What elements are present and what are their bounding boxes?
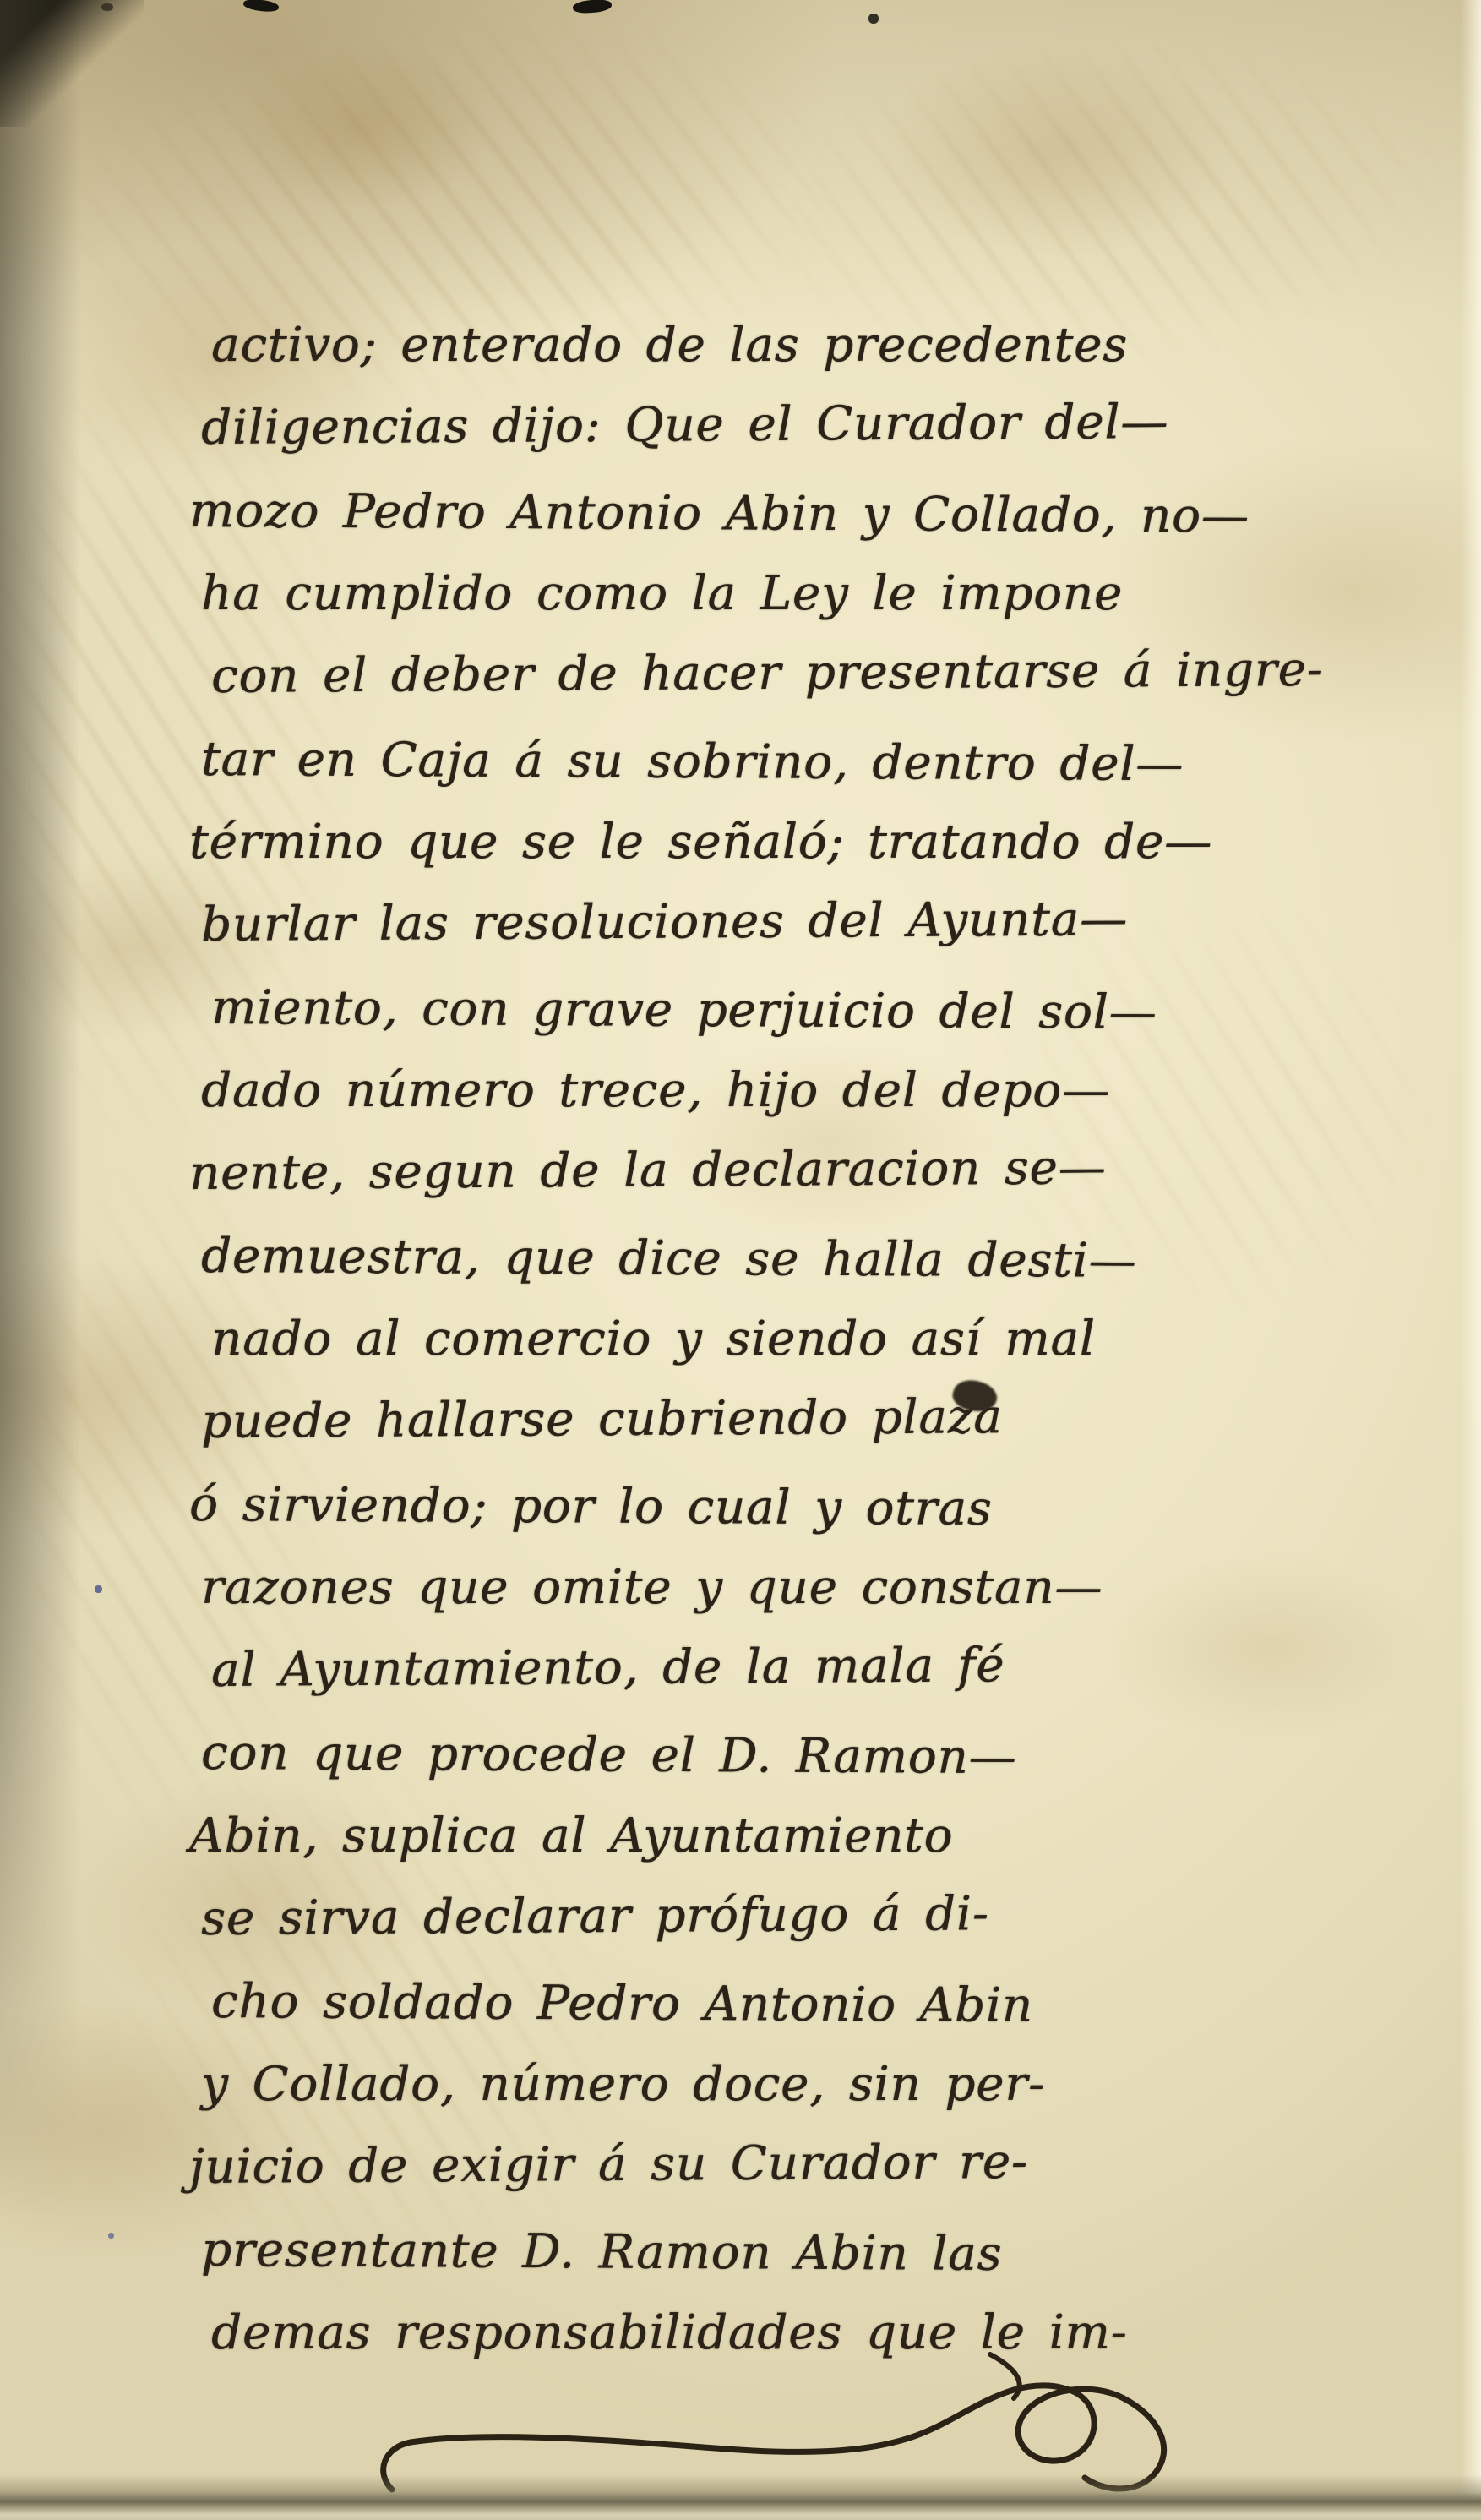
manuscript-text: activo; enterado de las precedentes dili… [201,304,1467,2375]
manuscript-line: diligencias dijo: Que el Curador del— [201,379,1468,470]
manuscript-line: ha cumplido como la Ley le impone [201,553,1467,635]
manuscript-page: activo; enterado de las precedentes dili… [0,0,1481,2520]
manuscript-line: dado número trece, hijo del depo— [201,1050,1467,1132]
ink-speck [95,1585,102,1593]
manuscript-line: nado al comercio y siendo así mal [211,1298,1467,1381]
manuscript-line: con el deber de hacer presentarse á ingr… [211,628,1468,718]
manuscript-line: cho soldado Pedro Antonio Abin [211,1961,1467,2050]
manuscript-line: Abin, suplica al Ayuntamiento [189,1795,1467,1878]
manuscript-line: burlar las resoluciones del Ayunta— [201,876,1468,967]
manuscript-line: activo; enterado de las precedentes [211,304,1467,387]
manuscript-line: término que se le señaló; tratando de— [189,801,1467,884]
page-left-shadow [0,0,80,2520]
manuscript-line: con que procede el D. Ramon— [201,1712,1467,1802]
manuscript-line: tar en Caja á su sobrino, dentro del— [201,718,1467,808]
manuscript-line: miento, con grave perjuicio del sol— [211,967,1467,1056]
manuscript-line: presentante D. Ramon Abin las [201,2209,1467,2299]
manuscript-line: nente, segun de la declaracion se— [189,1125,1468,1215]
page-bottom-edge [0,2474,1481,2520]
manuscript-line: ó sirviendo; por lo cual y otras [189,1464,1467,1553]
manuscript-line: demas responsabilidades que le im- [211,2292,1467,2375]
manuscript-line: razones que omite y que constan— [201,1546,1467,1629]
scan-corner-shadow [0,0,144,127]
manuscript-line: puede hallarse cubriendo plaza [201,1373,1468,1464]
manuscript-line: demuestra, que dice se halla desti— [201,1215,1467,1305]
signature-flourish [363,2349,1225,2518]
ink-speck [101,3,113,11]
ink-speck [572,0,612,14]
manuscript-line: al Ayuntamiento, de la mala fé [211,1622,1468,1712]
ink-speck [242,0,279,14]
manuscript-line: y Collado, número doce, sin per- [201,2043,1467,2126]
manuscript-line: juicio de exigir á su Curador re- [189,2119,1468,2209]
manuscript-line: se sirva declarar prófugo á di- [201,1870,1468,1961]
ink-speck [868,14,879,24]
ink-speck [108,2233,114,2239]
manuscript-line: mozo Pedro Antonio Abin y Collado, no— [189,470,1467,559]
